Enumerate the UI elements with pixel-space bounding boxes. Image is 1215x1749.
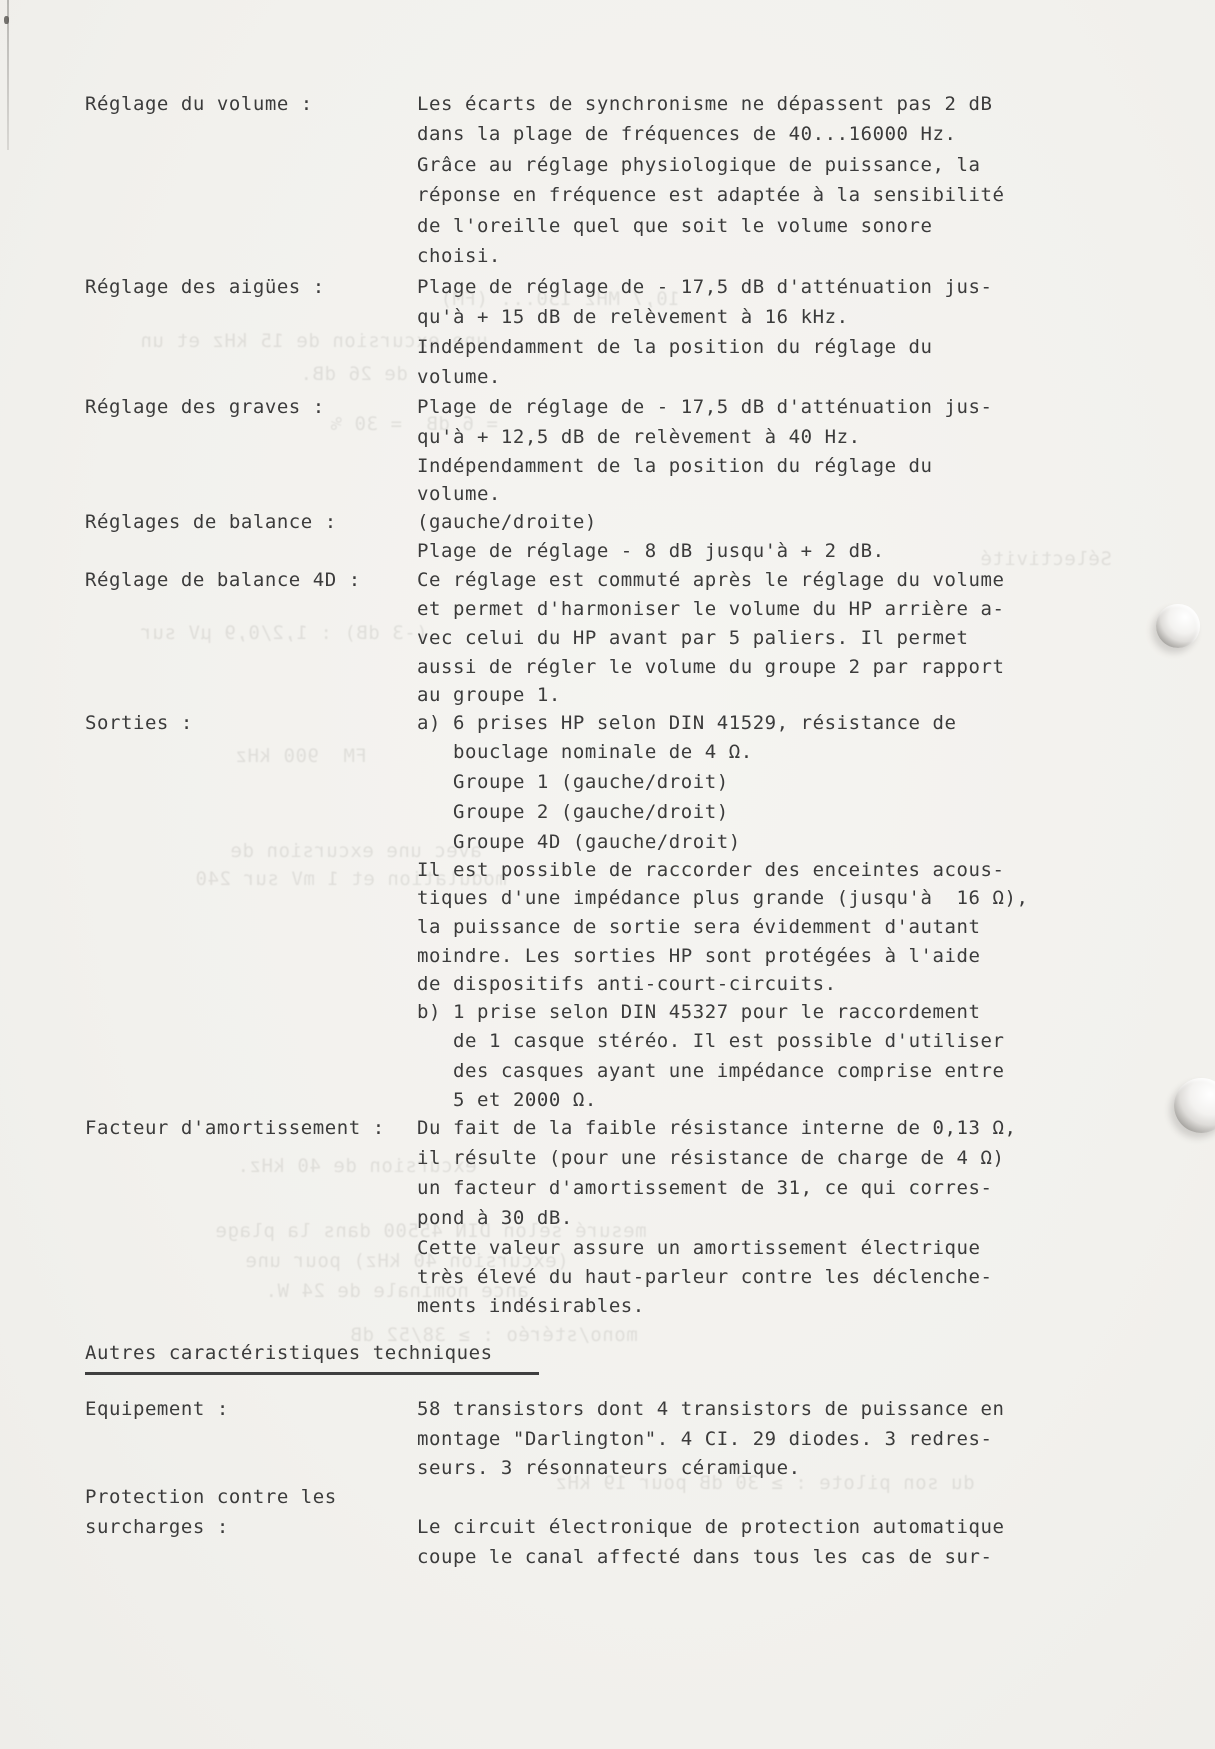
definition-text: Les écarts de synchronisme ne dépassent …	[417, 93, 992, 115]
definition-text: Du fait de la faible résistance interne …	[417, 1117, 1016, 1139]
definition-text: Ce réglage est commuté après le réglage …	[417, 569, 1004, 591]
bleedthrough-text: du son pilote : ≥ 30 dB pour 19 kHz	[555, 1472, 975, 1494]
bleedthrough-text: de 26 dB.	[300, 363, 408, 385]
doc-line: choisi.	[0, 245, 1215, 275]
doc-line: Groupe 4D (gauche/droit)	[0, 831, 1215, 861]
definition-text: (gauche/droite)	[417, 511, 597, 533]
doc-line: des casques ayant une impédance comprise…	[0, 1060, 1215, 1090]
definition-text: montage "Darlington". 4 CI. 29 diodes. 3…	[417, 1428, 992, 1450]
doc-line: Groupe 1 (gauche/droit)	[0, 771, 1215, 801]
bleedthrough-text: FM 900 kHz	[235, 745, 367, 767]
bleedthrough-text: (-3 dB) : 1,2/0,9 µV sur	[140, 622, 428, 644]
term-label: Réglage du volume :	[85, 93, 313, 115]
definition-text: Groupe 2 (gauche/droit)	[453, 801, 729, 823]
definition-text: au groupe 1.	[417, 684, 561, 706]
definition-text: un facteur d'amortissement de 31, ce qui…	[417, 1177, 992, 1199]
definition-text: réponse en fréquence est adaptée à la se…	[417, 184, 1004, 206]
doc-line: Réglage de balance 4D :Ce réglage est co…	[0, 569, 1215, 599]
doc-line: Equipement :58 transistors dont 4 transi…	[0, 1398, 1215, 1428]
definition-text: choisi.	[417, 245, 501, 267]
doc-line: il résulte (pour une résistance de charg…	[0, 1147, 1215, 1177]
doc-line: volume.	[0, 483, 1215, 513]
scan-edge-dot-artifact	[4, 16, 9, 24]
doc-line: Réglage des graves :Plage de réglage de …	[0, 396, 1215, 426]
term-label: Sorties :	[85, 712, 193, 734]
doc-line: ments indésirables.	[0, 1295, 1215, 1325]
definition-text: 58 transistors dont 4 transistors de pui…	[417, 1398, 1004, 1420]
bleedthrough-text: = 6 dB = 30 %	[330, 413, 498, 435]
definition-text: Plage de réglage - 8 dB jusqu'à + 2 dB.	[417, 540, 885, 562]
definition-text: volume.	[417, 366, 501, 388]
definition-text: volume.	[417, 483, 501, 505]
doc-line: réponse en fréquence est adaptée à la se…	[0, 184, 1215, 214]
doc-line: Sorties :a) 6 prises HP selon DIN 41529,…	[0, 712, 1215, 742]
definition-text: dans la plage de fréquences de 40...1600…	[417, 123, 957, 145]
definition-text: Groupe 1 (gauche/droit)	[453, 771, 729, 793]
doc-line: aussi de régler le volume du groupe 2 pa…	[0, 656, 1215, 686]
doc-line: un facteur d'amortissement de 31, ce qui…	[0, 1177, 1215, 1207]
doc-line: dans la plage de fréquences de 40...1600…	[0, 123, 1215, 153]
doc-line: Il est possible de raccorder des enceint…	[0, 859, 1215, 889]
section-heading: Autres caractéristiques techniques	[85, 1342, 539, 1375]
doc-line: 5 et 2000 Ω.	[0, 1089, 1215, 1119]
doc-line: bouclage nominale de 4 Ω.	[0, 741, 1215, 771]
bleedthrough-text: (excursion 40 kHz) pour une	[245, 1250, 569, 1272]
bleedthrough-text: avec une excursion de	[230, 840, 482, 862]
doc-line: surcharges :Le circuit électronique de p…	[0, 1516, 1215, 1546]
doc-line: Indépendamment de la position du réglage…	[0, 455, 1215, 485]
definition-text: bouclage nominale de 4 Ω.	[453, 741, 753, 763]
doc-line: Groupe 2 (gauche/droit)	[0, 801, 1215, 831]
doc-line: au groupe 1.	[0, 684, 1215, 714]
term-label: Facteur d'amortissement :	[85, 1117, 385, 1139]
term-label: Protection contre les	[85, 1486, 337, 1508]
definition-text: de 1 casque stéréo. Il est possible d'ut…	[453, 1030, 1005, 1052]
definition-text: Plage de réglage de - 17,5 dB d'atténuat…	[417, 396, 992, 418]
punch-hole-mark	[1156, 604, 1200, 648]
term-label: Equipement :	[85, 1398, 229, 1420]
bleedthrough-text: mesuré selon DIN 45500 dans la plage	[215, 1220, 647, 1242]
definition-text: il résulte (pour une résistance de charg…	[417, 1147, 1004, 1169]
definition-text: la puissance de sortie sera évidemment d…	[417, 916, 980, 938]
bleedthrough-text: mono/stéréo : ≥ 38/52 dB	[350, 1324, 638, 1346]
doc-line: montage "Darlington". 4 CI. 29 diodes. 3…	[0, 1428, 1215, 1458]
bleedthrough-text: une excursion de 15 kHz et un	[140, 330, 488, 352]
definition-text: 5 et 2000 Ω.	[453, 1089, 597, 1111]
doc-line: coupe le canal affecté dans tous les cas…	[0, 1546, 1215, 1576]
bleedthrough-text: ance nominale de 24 W.	[265, 1280, 529, 1302]
definition-text: Le circuit électronique de protection au…	[417, 1516, 1004, 1538]
doc-line: b) 1 prise selon DIN 45327 pour le racco…	[0, 1001, 1215, 1031]
definition-text: Indépendamment de la position du réglage…	[417, 455, 933, 477]
term-label: Réglages de balance :	[85, 511, 337, 533]
doc-line: Grâce au réglage physiologique de puissa…	[0, 154, 1215, 184]
doc-line: très élevé du haut-parleur contre les dé…	[0, 1266, 1215, 1296]
doc-line: de 1 casque stéréo. Il est possible d'ut…	[0, 1030, 1215, 1060]
bleedthrough-text: excursion de 40 kHz.	[237, 1155, 477, 1177]
definition-text: de l'oreille quel que soit le volume son…	[417, 215, 933, 237]
doc-line: Facteur d'amortissement :Du fait de la f…	[0, 1117, 1215, 1147]
term-label: Réglage des graves :	[85, 396, 325, 418]
doc-line: Réglages de balance :(gauche/droite)	[0, 511, 1215, 541]
doc-line: de dispositifs anti-court-circuits.	[0, 973, 1215, 1003]
term-label: Réglage de balance 4D :	[85, 569, 361, 591]
doc-line: tiques d'une impédance plus grande (jusq…	[0, 887, 1215, 917]
definition-text: a) 6 prises HP selon DIN 41529, résistan…	[417, 712, 957, 734]
bleedthrough-text: 10,7 MHz 150... (FM)	[440, 288, 680, 310]
definition-text: b) 1 prise selon DIN 45327 pour le racco…	[417, 1001, 980, 1023]
doc-line: moindre. Les sorties HP sont protégées à…	[0, 945, 1215, 975]
doc-line: la puissance de sortie sera évidemment d…	[0, 916, 1215, 946]
doc-line: Réglage du volume :Les écarts de synchro…	[0, 93, 1215, 123]
definition-text: Indépendamment de la position du réglage…	[417, 336, 933, 358]
scanned-document-page: Réglage du volume :Les écarts de synchro…	[0, 0, 1215, 1749]
definition-text: des casques ayant une impédance comprise…	[453, 1060, 1005, 1082]
definition-text: Grâce au réglage physiologique de puissa…	[417, 154, 980, 176]
definition-text: de dispositifs anti-court-circuits.	[417, 973, 837, 995]
bleedthrough-text: modulation et 1 mV sur 240	[195, 868, 507, 890]
definition-text: coupe le canal affecté dans tous les cas…	[417, 1546, 992, 1568]
definition-text: tiques d'une impédance plus grande (jusq…	[417, 887, 1028, 909]
term-label: Réglage des aigües :	[85, 276, 325, 298]
doc-line: volume.	[0, 366, 1215, 396]
term-label: surcharges :	[85, 1516, 229, 1538]
doc-line: qu'à + 12,5 dB de relèvement à 40 Hz.	[0, 426, 1215, 456]
definition-text: Groupe 4D (gauche/droit)	[453, 831, 741, 853]
definition-text: vec celui du HP avant par 5 paliers. Il …	[417, 627, 969, 649]
bleedthrough-text: Sélectivité	[980, 548, 1112, 570]
definition-text: et permet d'harmoniser le volume du HP a…	[417, 598, 1004, 620]
doc-line: de l'oreille quel que soit le volume son…	[0, 215, 1215, 245]
definition-text: aussi de régler le volume du groupe 2 pa…	[417, 656, 1004, 678]
definition-text: moindre. Les sorties HP sont protégées à…	[417, 945, 980, 967]
